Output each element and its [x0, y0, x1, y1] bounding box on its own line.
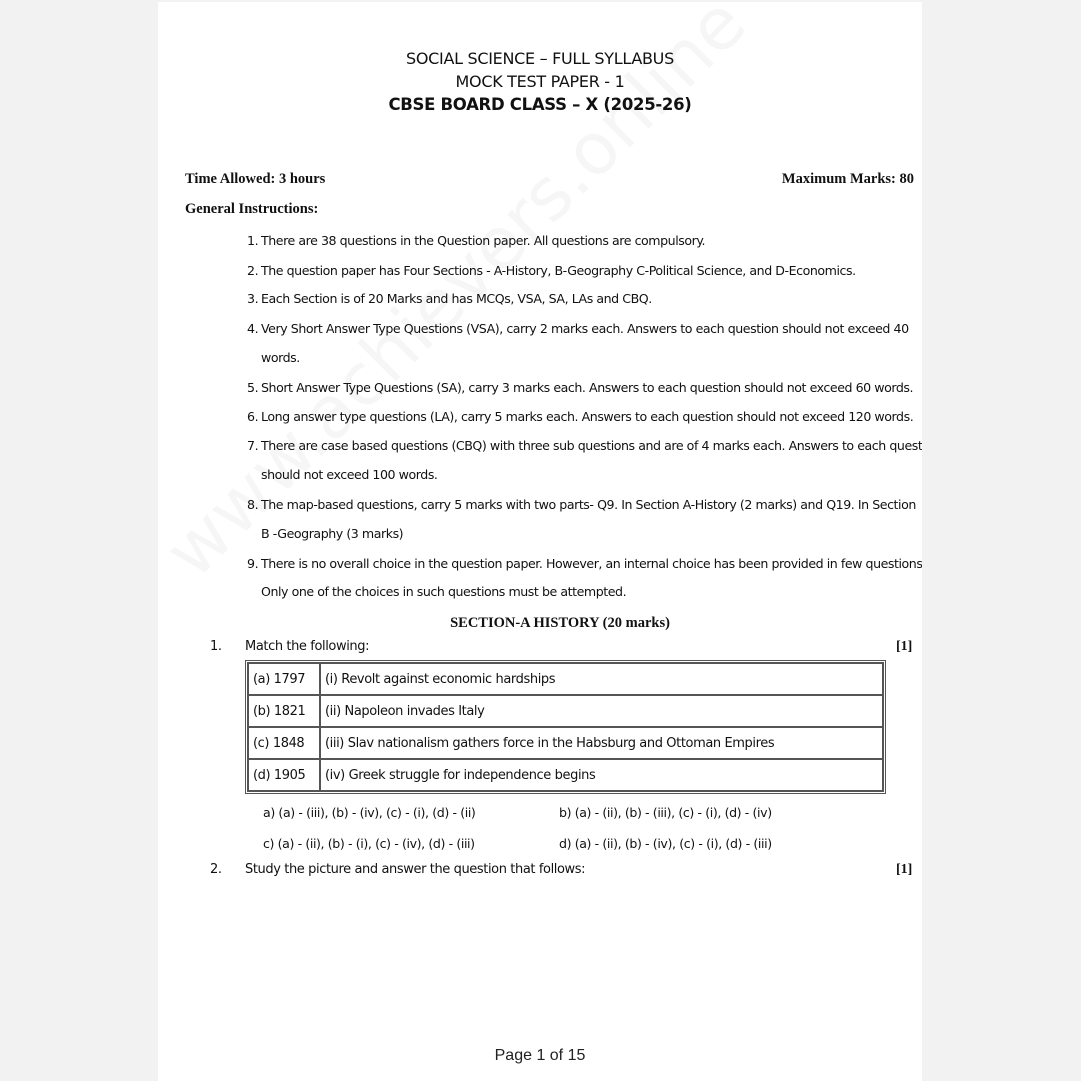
- table-row: (c) 1848 (iii) Slav nationalism gathers …: [248, 727, 883, 759]
- section-heading: SECTION-A HISTORY (20 marks): [158, 615, 922, 632]
- instruction-text: There is no overall choice in the questi…: [261, 556, 922, 571]
- instruction-num: 8.: [247, 497, 258, 512]
- document-page: www.achievers.online SOCIAL SCIENCE – FU…: [158, 2, 922, 1081]
- instruction-num: 6.: [247, 409, 258, 424]
- instruction-text: The map-based questions, carry 5 marks w…: [261, 497, 916, 512]
- general-instructions-heading: General Instructions:: [185, 201, 318, 218]
- maximum-marks: Maximum Marks: 80: [782, 171, 914, 188]
- instruction-text: There are 38 questions in the Question p…: [261, 233, 705, 248]
- table-cell-event: (i) Revolt against economic hardships: [320, 663, 883, 695]
- option-b: b) (a) - (ii), (b) - (iii), (c) - (i), (…: [559, 805, 772, 820]
- instruction-text-cont: words.: [261, 350, 300, 365]
- title-board: CBSE BOARD CLASS – X (2025-26): [158, 95, 922, 114]
- instruction-text: Long answer type questions (LA), carry 5…: [261, 409, 913, 424]
- question-text: Match the following:: [245, 639, 369, 654]
- question-marks: [1]: [896, 639, 912, 655]
- page-footer: Page 1 of 15: [158, 1047, 922, 1065]
- question-number: 1.: [210, 639, 222, 654]
- table-row: (a) 1797 (i) Revolt against economic har…: [248, 663, 883, 695]
- option-c: c) (a) - (ii), (b) - (i), (c) - (iv), (d…: [263, 836, 475, 851]
- instruction-num: 9.: [247, 556, 258, 571]
- question-text: Study the picture and answer the questio…: [245, 862, 585, 877]
- instruction-text: Each Section is of 20 Marks and has MCQs…: [261, 291, 652, 306]
- instruction-text-cont: B -Geography (3 marks): [261, 526, 403, 541]
- instruction-text-cont: Only one of the choices in such question…: [261, 584, 626, 599]
- question-number: 2.: [210, 862, 222, 877]
- match-table: (a) 1797 (i) Revolt against economic har…: [245, 660, 886, 794]
- title-paper: MOCK TEST PAPER - 1: [158, 72, 922, 91]
- table-row: (b) 1821 (ii) Napoleon invades Italy: [248, 695, 883, 727]
- table-row: (d) 1905 (iv) Greek struggle for indepen…: [248, 759, 883, 791]
- time-allowed: Time Allowed: 3 hours: [185, 171, 325, 188]
- table-cell-event: (ii) Napoleon invades Italy: [320, 695, 883, 727]
- table-cell-event: (iii) Slav nationalism gathers force in …: [320, 727, 883, 759]
- option-d: d) (a) - (ii), (b) - (iv), (c) - (i), (d…: [559, 836, 772, 851]
- table-cell-year: (d) 1905: [248, 759, 320, 791]
- instruction-num: 5.: [247, 380, 258, 395]
- question-marks: [1]: [896, 862, 912, 878]
- table-cell-year: (b) 1821: [248, 695, 320, 727]
- instruction-text-cont: should not exceed 100 words.: [261, 467, 438, 482]
- instruction-num: 3.: [247, 291, 258, 306]
- option-a: a) (a) - (iii), (b) - (iv), (c) - (i), (…: [263, 805, 475, 820]
- table-cell-event: (iv) Greek struggle for independence beg…: [320, 759, 883, 791]
- instruction-num: 7.: [247, 438, 258, 453]
- title-subject: SOCIAL SCIENCE – FULL SYLLABUS: [158, 49, 922, 68]
- instruction-text: Short Answer Type Questions (SA), carry …: [261, 380, 913, 395]
- table-cell-year: (a) 1797: [248, 663, 320, 695]
- table-cell-year: (c) 1848: [248, 727, 320, 759]
- instruction-num: 1.: [247, 233, 258, 248]
- instruction-text: The question paper has Four Sections - A…: [261, 263, 856, 278]
- instruction-num: 2.: [247, 263, 258, 278]
- instruction-text: Very Short Answer Type Questions (VSA), …: [261, 321, 909, 336]
- instruction-num: 4.: [247, 321, 258, 336]
- instruction-text: There are case based questions (CBQ) wit…: [261, 438, 922, 453]
